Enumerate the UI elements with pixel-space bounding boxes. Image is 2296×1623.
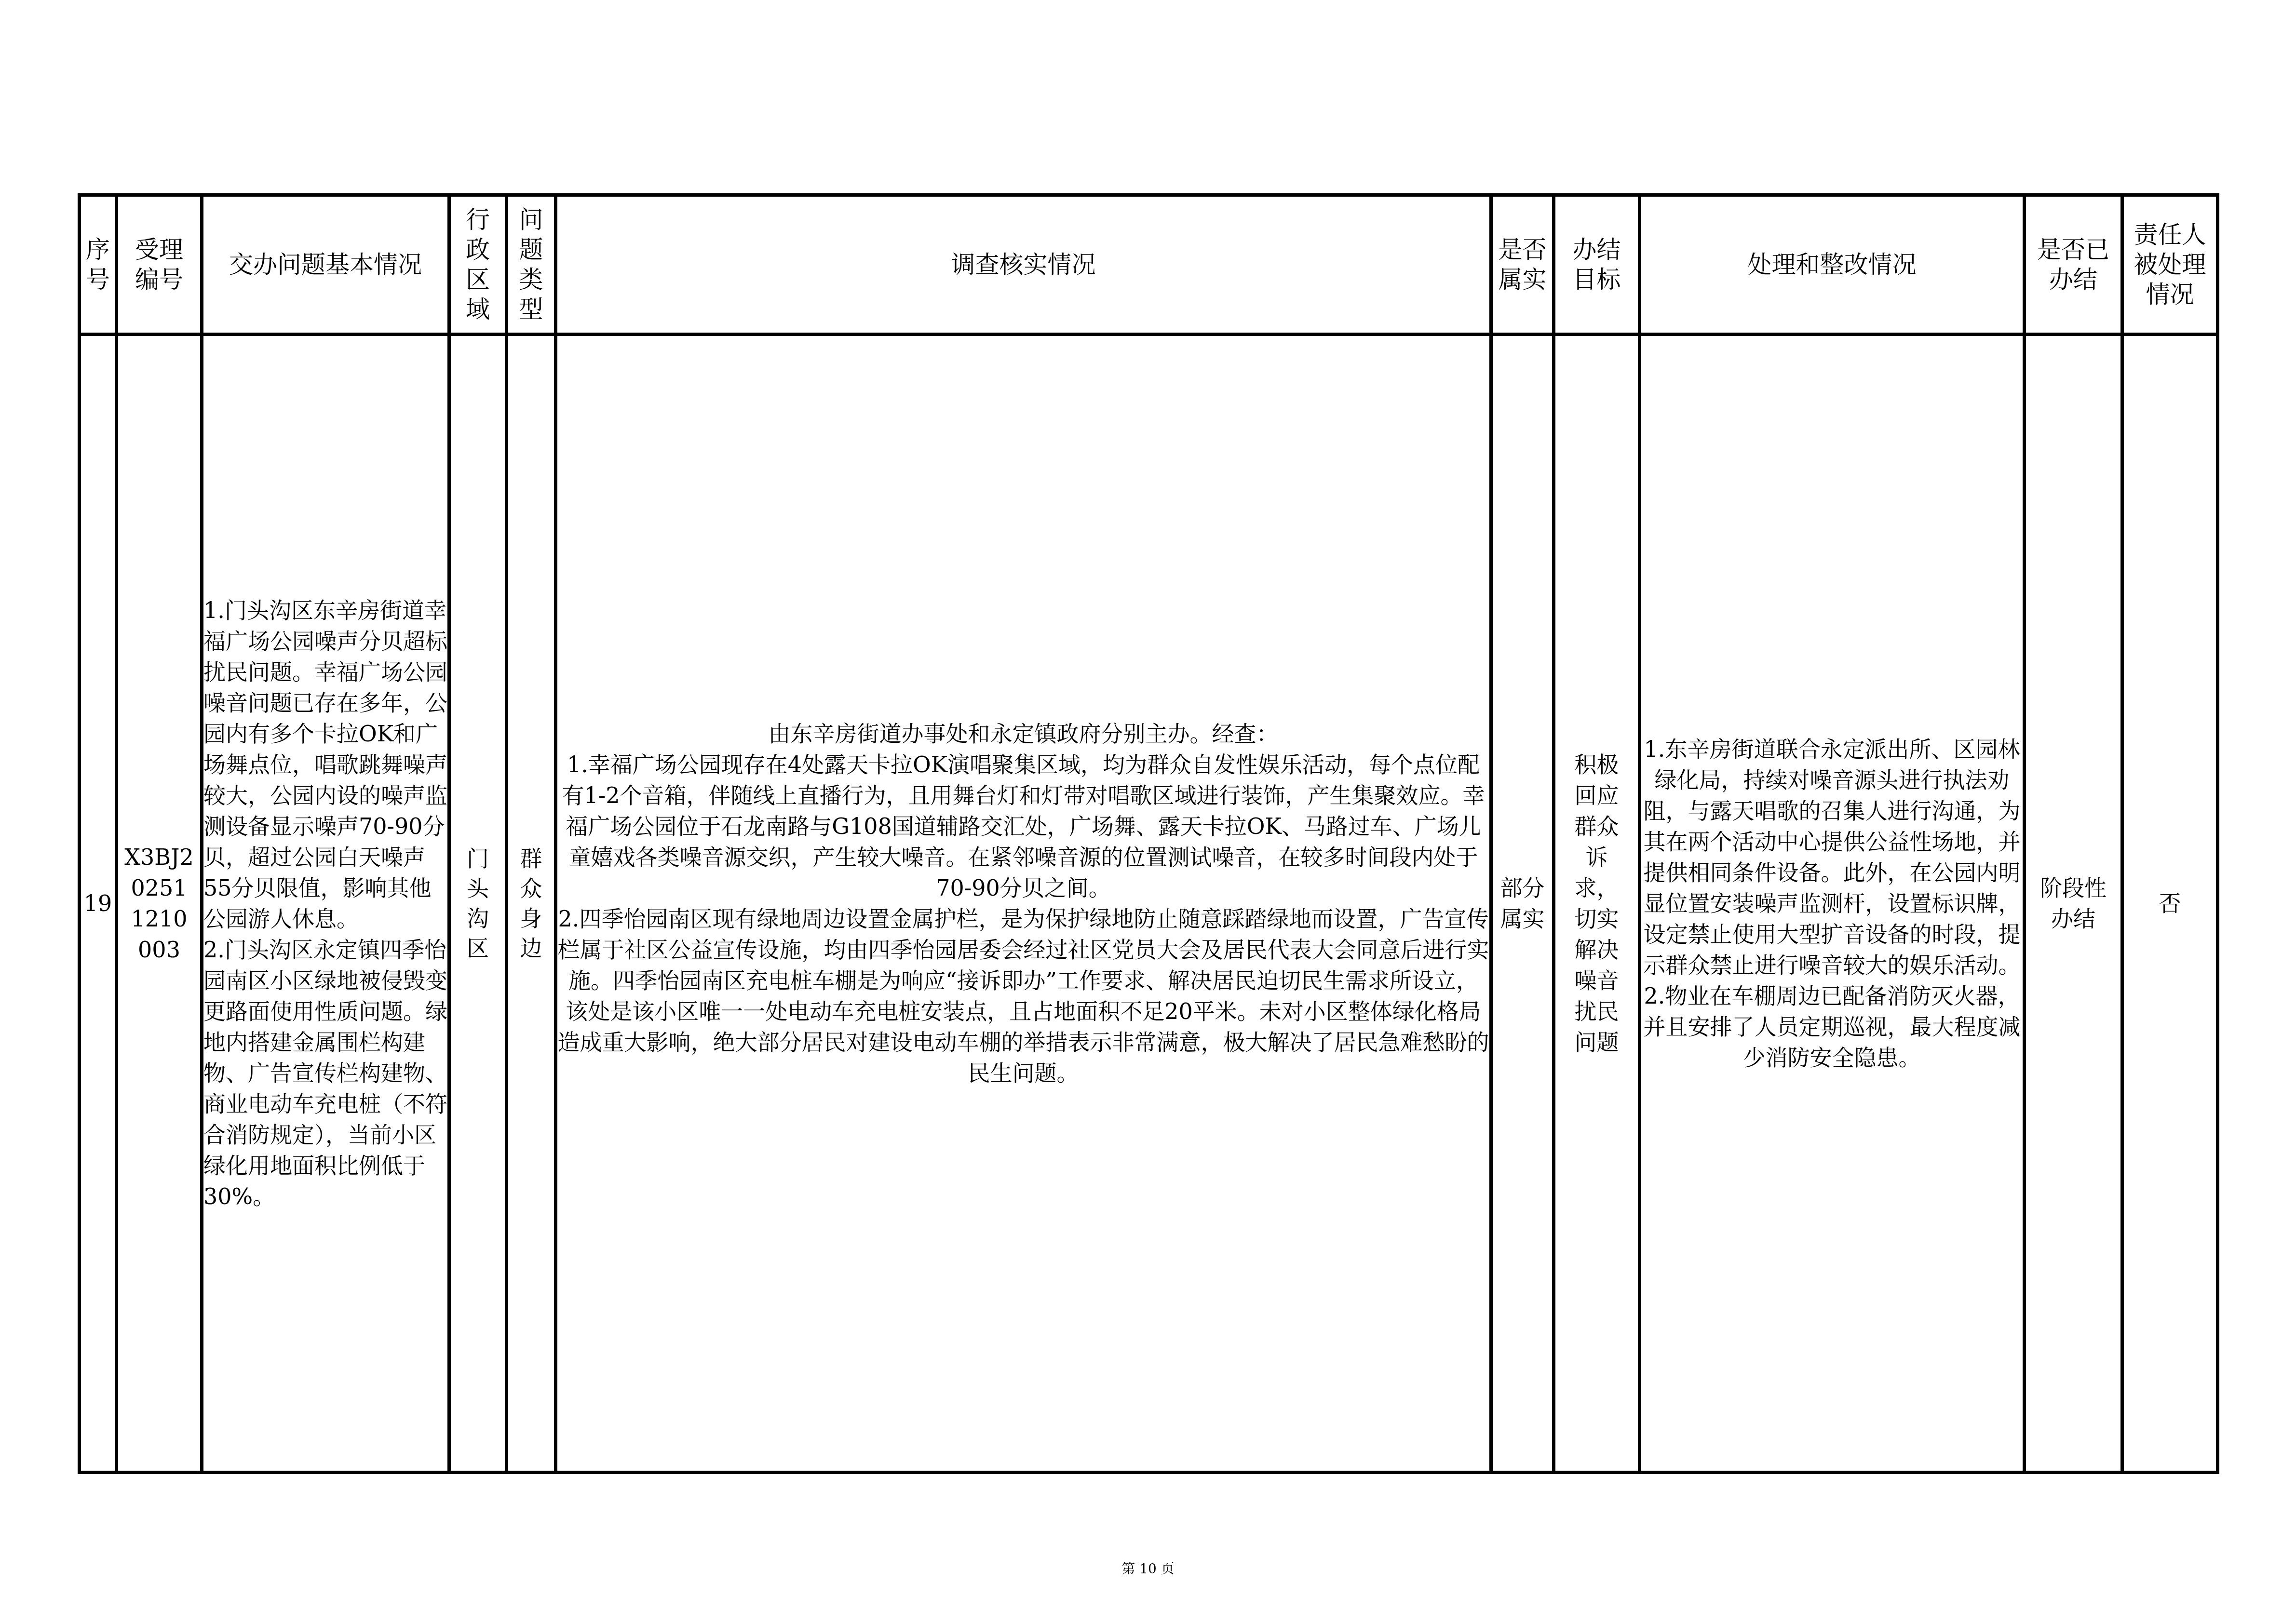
handling-item-1: 1.东辛房街道联合永定派出所、区园林绿化局，持续对噪音源头进行执法劝阻，与露天唱…	[1641, 734, 2023, 980]
cell-accountability: 否	[2122, 335, 2218, 1473]
header-handling: 处理和整改情况	[1640, 195, 2025, 335]
basic-info-item-2: 2.门头沟区永定镇四季怡园南区小区绿地被侵毁变更路面使用性质问题。绿地内搭建金属…	[203, 934, 447, 1212]
cell-issue-type: 群众身边	[507, 335, 556, 1473]
investigation-item-1: 1.幸福广场公园现存在4处露天卡拉OK演唱聚集区域，均为群众自发性娱乐活动，每个…	[557, 749, 1489, 903]
cell-basic-info: 1.门头沟区东辛房街道幸福广场公园噪声分贝超标扰民问题。幸福广场公园噪音问题已存…	[202, 335, 449, 1473]
cell-is-true: 部分属实	[1491, 335, 1554, 1473]
header-district: 行政区域	[449, 195, 507, 335]
header-investigation: 调查核实情况	[556, 195, 1491, 335]
header-row: 序号 受理编号 交办问题基本情况 行政区域 问题类型 调查核实情况 是否属实 办…	[80, 195, 2218, 335]
cell-case-no: X3BJ202511210003	[117, 335, 202, 1473]
basic-info-item-1: 1.门头沟区东辛房街道幸福广场公园噪声分贝超标扰民问题。幸福广场公园噪音问题已存…	[203, 595, 447, 934]
cell-district: 门头沟区	[449, 335, 507, 1473]
table-row: 19 X3BJ202511210003 1.门头沟区东辛房街道幸福广场公园噪声分…	[80, 335, 2218, 1473]
cell-investigation: 由东辛房街道办事处和永定镇政府分别主办。经查： 1.幸福广场公园现存在4处露天卡…	[556, 335, 1491, 1473]
investigation-item-2: 2.四季怡园南区现有绿地周边设置金属护栏，是为保护绿地防止随意踩踏绿地而设置，广…	[557, 903, 1489, 1088]
header-is-true: 是否属实	[1491, 195, 1554, 335]
header-basic-info: 交办问题基本情况	[202, 195, 449, 335]
header-accountability: 责任人被处理情况	[2122, 195, 2218, 335]
header-seq: 序号	[80, 195, 117, 335]
investigation-intro: 由东辛房街道办事处和永定镇政府分别主办。经查：	[557, 718, 1489, 749]
header-goal: 办结目标	[1554, 195, 1640, 335]
cell-seq: 19	[80, 335, 117, 1473]
header-case-no: 受理编号	[117, 195, 202, 335]
handling-item-2: 2.物业在车棚周边已配备消防灭火器，并且安排了人员定期巡视，最大程度减少消防安全…	[1641, 980, 2023, 1073]
cell-is-closed: 阶段性办结	[2025, 335, 2122, 1473]
page-number: 第 10 页	[0, 1558, 2296, 1578]
header-issue-type: 问题类型	[507, 195, 556, 335]
cell-handling: 1.东辛房街道联合永定派出所、区园林绿化局，持续对噪音源头进行执法劝阻，与露天唱…	[1640, 335, 2025, 1473]
cell-goal: 积极回应群众诉求，切实解决噪音扰民问题	[1554, 335, 1640, 1473]
supervision-table: 序号 受理编号 交办问题基本情况 行政区域 问题类型 调查核实情况 是否属实 办…	[78, 193, 2219, 1474]
header-is-closed: 是否已办结	[2025, 195, 2122, 335]
